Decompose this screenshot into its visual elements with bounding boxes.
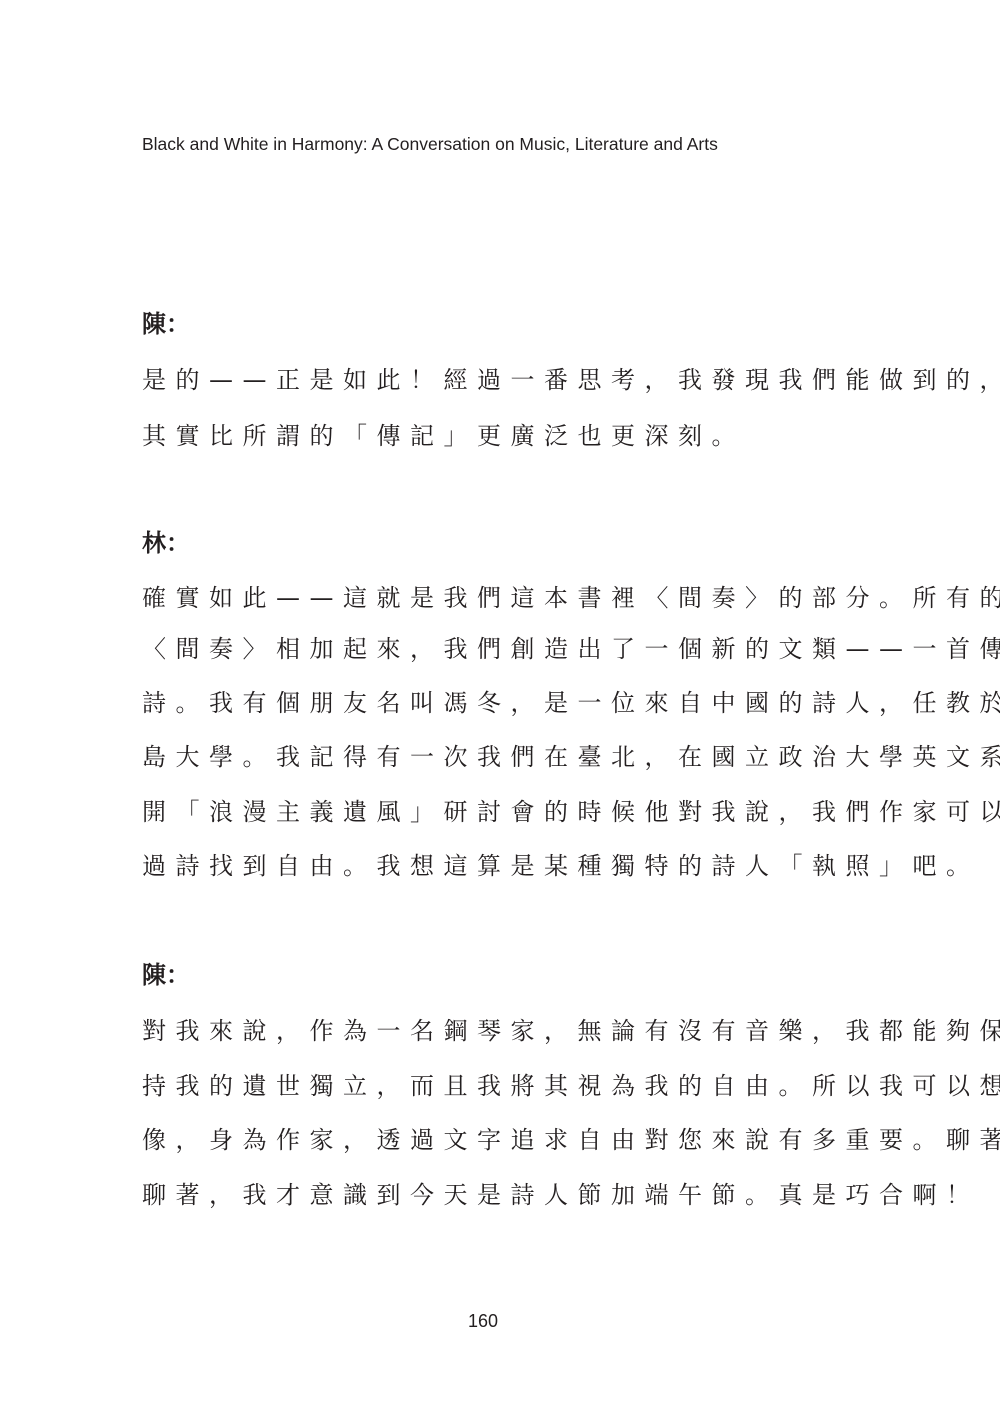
- dialogue-line: 其實比所謂的「傳記」更廣泛也更深刻。: [142, 421, 745, 451]
- dialogue-line: 確實如此——這就是我們這本書裡〈間奏〉的部分。所有的: [142, 583, 1000, 613]
- dialogue-line: 島大學。我記得有一次我們在臺北，在國立政治大學英文系召: [142, 742, 1000, 772]
- dialogue-line: 持我的遺世獨立，而且我將其視為我的自由。所以我可以想: [142, 1071, 1000, 1101]
- dialogue-line: 像，身為作家，透過文字追求自由對您來說有多重要。聊著: [142, 1125, 1000, 1155]
- dialogue-line: 〈間奏〉相加起來，我們創造出了一個新的文類——一首傳記: [142, 634, 1000, 664]
- running-header-title: Black and White in Harmony: A Conversati…: [142, 134, 718, 155]
- dialogue-line: 開「浪漫主義遺風」研討會的時候他對我說，我們作家可以透: [142, 797, 1000, 827]
- speaker-label: 林：: [142, 528, 190, 558]
- page-number: 160: [0, 1311, 966, 1332]
- dialogue-line: 過詩找到自由。我想這算是某種獨特的詩人「執照」吧。: [142, 851, 980, 881]
- speaker-label: 陳：: [142, 309, 190, 339]
- dialogue-line: 聊著，我才意識到今天是詩人節加端午節。真是巧合啊！: [142, 1180, 980, 1210]
- speaker-label: 陳：: [142, 960, 190, 990]
- dialogue-line: 對我來說，作為一名鋼琴家，無論有沒有音樂，我都能夠保: [142, 1016, 1000, 1046]
- dialogue-line: 是的——正是如此！經過一番思考，我發現我們能做到的，: [142, 365, 1000, 395]
- dialogue-line: 詩。我有個朋友名叫馮冬，是一位來自中國的詩人，任教於青: [142, 688, 1000, 718]
